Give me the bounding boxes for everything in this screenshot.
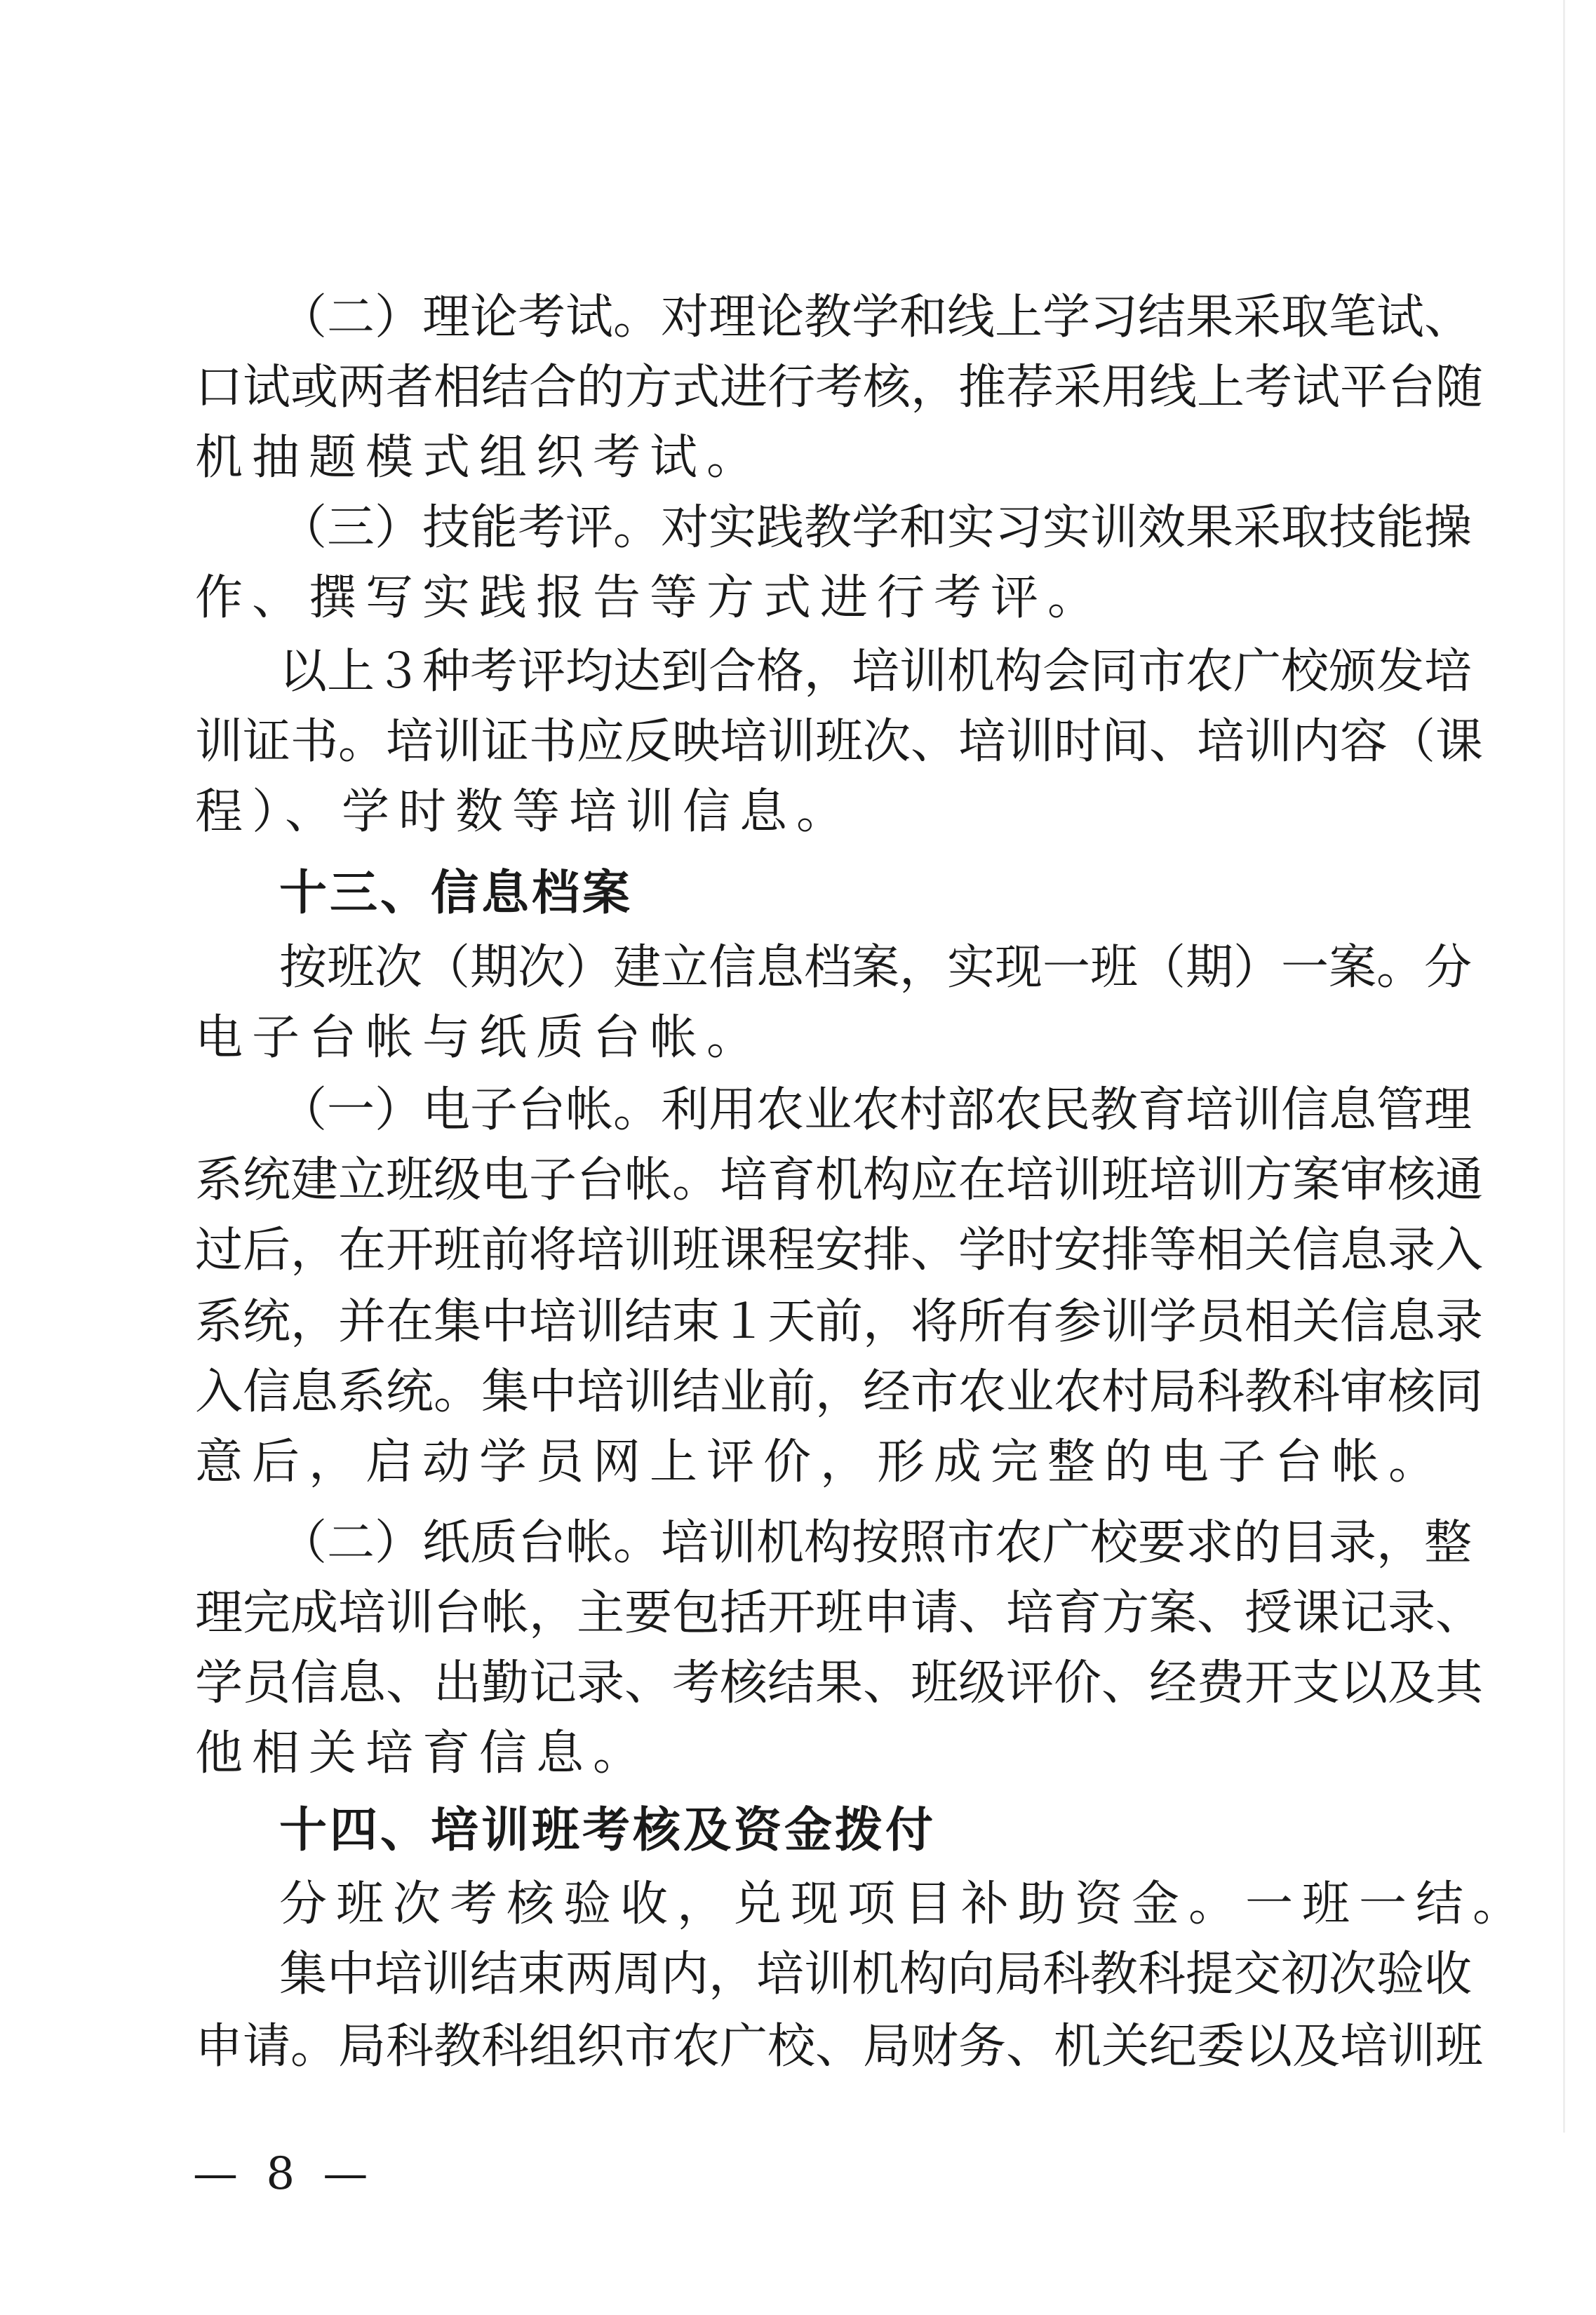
text-line: 电子台帐与纸质台帐。 bbox=[195, 1003, 1353, 1073]
text-line: 分班次考核验收，兑现项目补助资金。一班一结。 bbox=[279, 1870, 1353, 1940]
text-line: 作、撰写实践报告等方式进行考评。 bbox=[195, 563, 1353, 633]
text-line: 口试或两者相结合的方式进行考核，推荐采用线上考试平台随 bbox=[195, 353, 1353, 423]
text-line: （二）理论考试。对理论教学和线上学习结果采取笔试、 bbox=[279, 283, 1353, 353]
text-line: 系统建立班级电子台帐。培育机构应在培训班培训方案审核通 bbox=[195, 1146, 1353, 1216]
text-line: 按班次（期次）建立信息档案，实现一班（期）一案。分 bbox=[279, 933, 1353, 1003]
text-line: 他相关培育信息。 bbox=[195, 1719, 1353, 1789]
text-line: （一）电子台帐。利用农业农村部农民教育培训信息管理 bbox=[279, 1075, 1353, 1146]
text-line: 理完成培训台帐，主要包括开班申请、培育方案、授课记录、 bbox=[195, 1578, 1353, 1649]
text-line: 过后，在开班前将培训班课程安排、学时安排等相关信息录入 bbox=[195, 1216, 1353, 1286]
document-page: （二）理论考试。对理论教学和线上学习结果采取笔试、 口试或两者相结合的方式进行考… bbox=[0, 0, 1596, 2315]
text-line: （三）技能考评。对实践教学和实习实训效果采取技能操 bbox=[279, 493, 1353, 563]
text-line: 集中培训结束两周内，培训机构向局科教科提交初次验收 bbox=[279, 1940, 1353, 2010]
text-line: 学员信息、出勤记录、考核结果、班级评价、经费开支以及其 bbox=[195, 1649, 1353, 1719]
section-heading: 十四、培训班考核及资金拨付 bbox=[279, 1796, 1353, 1866]
text-line: 入信息系统。集中培训结业前，经市农业农村局科教科审核同 bbox=[195, 1357, 1353, 1428]
text-line: 程）、学时数等培训信息。 bbox=[195, 777, 1353, 847]
scan-edge-line bbox=[1563, 0, 1565, 2133]
text-line: 以上３种考评均达到合格，培训机构会同市农广校颁发培 bbox=[279, 637, 1353, 707]
page-number: — 8 — bbox=[193, 2148, 375, 2200]
text-line: 机抽题模式组织考试。 bbox=[195, 423, 1353, 493]
text-line: 意后，启动学员网上评价，形成完整的电子台帐。 bbox=[195, 1428, 1353, 1498]
section-heading: 十三、信息档案 bbox=[279, 859, 1353, 929]
text-line: 训证书。培训证书应反映培训班次、培训时间、培训内容（课 bbox=[195, 707, 1353, 777]
text-line: 申请。局科教科组织市农广校、局财务、机关纪委以及培训班 bbox=[195, 2012, 1353, 2082]
text-line: （二）纸质台帐。培训机构按照市农广校要求的目录，整 bbox=[279, 1508, 1353, 1578]
text-line: 系统，并在集中培训结束１天前，将所有参训学员相关信息录 bbox=[195, 1287, 1353, 1357]
